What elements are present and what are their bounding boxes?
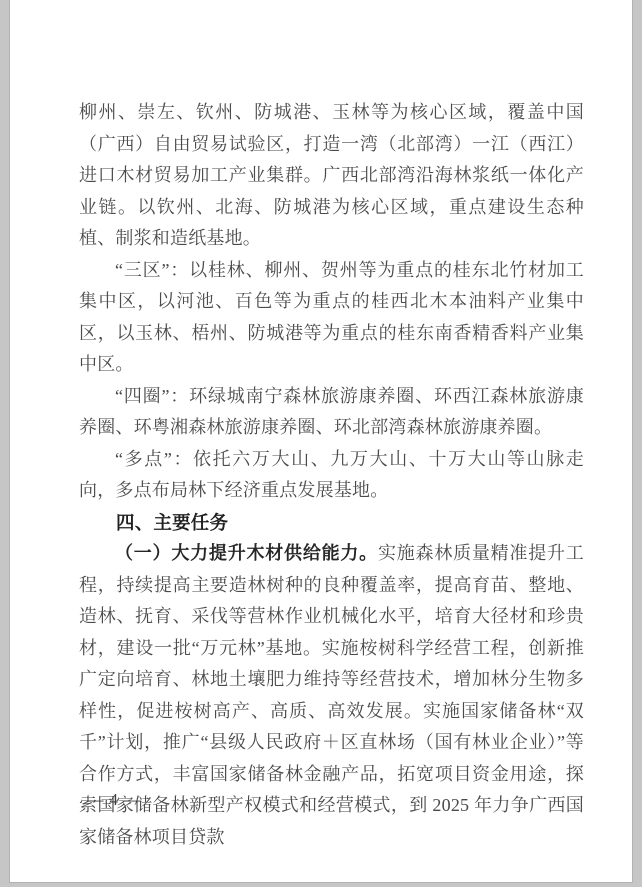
body-paragraph-multi-points: “多点”：依托六万大山、九万大山、十万大山等山脉走向，多点布局林下经济重点发展基… (79, 444, 584, 507)
body-paragraph-three-zones: “三区”：以桂林、柳州、贺州等为重点的桂东北竹材加工集中区，以河池、百色等为重点… (79, 255, 584, 381)
body-paragraph-task-one: （一）大力提升木材供给能力。实施森林质量精准提升工程，持续提高主要造林树种的良种… (79, 538, 584, 853)
body-paragraph-four-circles: “四圈”：环绿城南宁森林旅游康养圈、环西江森林旅游康养圈、环粤湘森林旅游康养圈、… (79, 381, 584, 444)
body-paragraph-continuation: 柳州、崇左、钦州、防城港、玉林等为核心区域，覆盖中国（广西）自由贸易试验区，打造… (79, 97, 584, 255)
page-number: — 4 — (87, 790, 142, 810)
document-body: 柳州、崇左、钦州、防城港、玉林等为核心区域，覆盖中国（广西）自由贸易试验区，打造… (79, 97, 584, 853)
app-background: { "document": { "background_color": "#c6… (0, 0, 642, 887)
task-one-lead: （一）大力提升木材供给能力。 (115, 543, 378, 563)
task-one-text: 实施森林质量精准提升工程，持续提高主要造林树种的良种覆盖率，提高育苗、整地、造林… (79, 543, 584, 847)
section-heading-main-tasks: 四、主要任务 (79, 507, 584, 539)
document-page: 柳州、崇左、钦州、防城港、玉林等为核心区域，覆盖中国（广西）自由贸易试验区，打造… (10, 0, 632, 882)
